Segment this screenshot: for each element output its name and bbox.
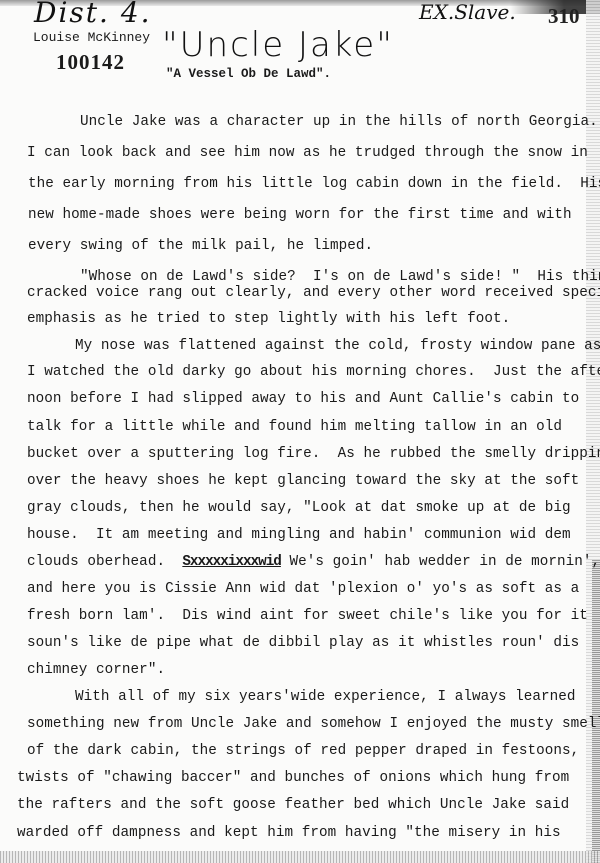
text-line: talk for a little while and found him me… <box>27 419 562 435</box>
text-line: twists of "chawing baccer" and bunches o… <box>17 770 569 786</box>
page-number: 310 <box>548 4 580 29</box>
text-line: I can look back and see him now as he tr… <box>27 145 588 161</box>
text-line: and here you is Cissie Ann wid dat 'plex… <box>27 581 579 597</box>
document-page: Dist. 4. EX.Slave. 310 Louise McKinney 1… <box>0 0 600 863</box>
text-line: gray clouds, then he would say, "Look at… <box>27 500 571 516</box>
text-line: something new from Uncle Jake and someho… <box>27 716 600 732</box>
scan-right-edge-dark <box>592 560 600 863</box>
text-line: the early morning from his little log ca… <box>28 176 600 192</box>
text-line: soun's like de pipe what de dibbil play … <box>27 635 579 651</box>
handwritten-title: "Uncle Jake" <box>162 25 394 65</box>
text-line: chimney corner". <box>27 662 165 678</box>
text-line: bucket over a sputtering log fire. As he… <box>27 446 600 462</box>
text-line: clouds oberhead. Sxxxxxixxxwid We's goin… <box>27 554 600 570</box>
text-line: emphasis as he tried to step lightly wit… <box>27 311 510 327</box>
district-note: Dist. 4. <box>34 0 152 29</box>
text-line: house. It am meeting and mingling and ha… <box>27 527 571 543</box>
text-line: fresh born lam'. Dis wind aint for sweet… <box>27 608 588 624</box>
text-line: warded off dampness and kept him from ha… <box>17 825 561 841</box>
text-line: of the dark cabin, the strings of red pe… <box>27 743 579 759</box>
text-line: Uncle Jake was a character up in the hil… <box>80 114 598 130</box>
text-line: "Whose on de Lawd's side? I's on de Lawd… <box>80 269 600 285</box>
text-line: the rafters and the soft goose feather b… <box>17 797 569 813</box>
text-line: I watched the old darky go about his mor… <box>27 364 600 380</box>
text-line: every swing of the milk pail, he limped. <box>28 238 373 254</box>
text-line: With all of my six years'wide experience… <box>75 689 576 705</box>
text-line: new home-made shoes were being worn for … <box>28 207 572 223</box>
scan-bottom-edge <box>0 851 600 863</box>
text-line: My nose was flattened against the cold, … <box>75 338 600 354</box>
text-line: noon before I had slipped away to his an… <box>27 391 579 407</box>
category-note: EX.Slave. <box>419 0 516 24</box>
author-name: Louise McKinney <box>33 30 150 45</box>
document-number: 100142 <box>56 50 125 75</box>
struck-out-text: Sxxxxxixxxwid <box>182 554 281 570</box>
text-line: cracked voice rang out clearly, and ever… <box>27 285 600 301</box>
text-line: over the heavy shoes he kept glancing to… <box>27 473 579 489</box>
subtitle: "A Vessel Ob De Lawd". <box>166 67 331 81</box>
